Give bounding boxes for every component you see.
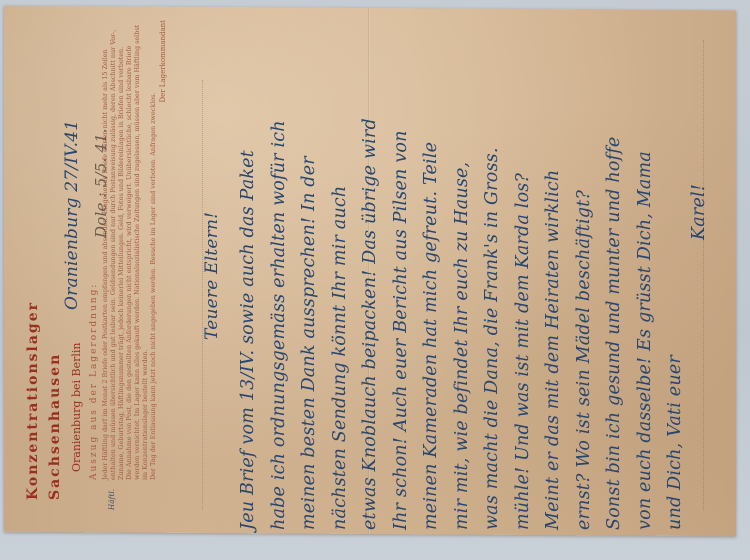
regulations-text-3: Der Tag der Entlassung kann jetzt noch n…: [149, 20, 157, 480]
camp-location: Oranienburg bei Berlin: [66, 301, 88, 500]
letter-line: und Dich, Vati euer: [665, 355, 685, 530]
censor-date: Dole : 5/5. 41.: [92, 128, 110, 238]
camp-letterhead: Konzentrationslager Sachsenhausen Oranie…: [22, 301, 88, 500]
place-date: Oranienburg 27/IV.41: [62, 120, 82, 310]
letter-line: Meint er das mit dem Heiraten wirklich: [543, 170, 563, 530]
letter-greeting: Teuere Eltern!: [202, 212, 222, 340]
margin-note: Häftl.: [108, 489, 116, 510]
letter-line: Sonst bin ich gesund und munter und hoff…: [604, 137, 624, 530]
regulations-text-1: Jeder Häftling darf im Monat 2 Briefe od…: [101, 20, 125, 480]
letter-line: habe ich ordnungsgemäss erhalten wofür i…: [269, 120, 289, 530]
regulations-text-2: Die Annahme von Post, die den gestellten…: [125, 20, 149, 480]
letter-line: ernst? Wo ist sein Mädel beschäftigt?: [574, 190, 594, 530]
letter-line: meinen besten Dank aussprechen! In der: [299, 156, 319, 530]
regulations-heading: Auszug aus der Lagerordnung:: [88, 20, 101, 480]
letter-line: Ihr schon! Auch euer Bericht aus Pilsen …: [391, 130, 411, 530]
letter-line: etwas Knoblauch beipacken! Das übrige wi…: [360, 118, 380, 530]
letter-line: nächsten Sendung könnt Ihr mir auch: [330, 186, 350, 530]
commandant-signature: Der Lagerkommandant: [159, 20, 167, 480]
camp-regulations: Auszug aus der Lagerordnung: Jeder Häftl…: [88, 20, 167, 480]
perforation-right: [703, 40, 704, 510]
letter-line: Jeu Brief vom 13/IV. sowie auch das Pake…: [238, 150, 258, 530]
letter-line: mir mit, wie befindet Ihr euch zu Hause,: [452, 162, 472, 530]
letter-line: was macht die Dana, die Frank's in Gross…: [482, 147, 502, 530]
letter-line: Karel!: [689, 184, 709, 240]
camp-title: Konzentrationslager: [22, 301, 44, 500]
camp-name: Sachsenhausen: [44, 301, 66, 500]
letter-line: meinen Kameraden hat mich gefreut. Teile: [421, 142, 441, 530]
letter-line: von euch dasselbe! Es grüsst Dich, Mama: [635, 151, 655, 530]
letter-line: mühle! Und was ist mit dem Karda los?: [513, 173, 533, 530]
